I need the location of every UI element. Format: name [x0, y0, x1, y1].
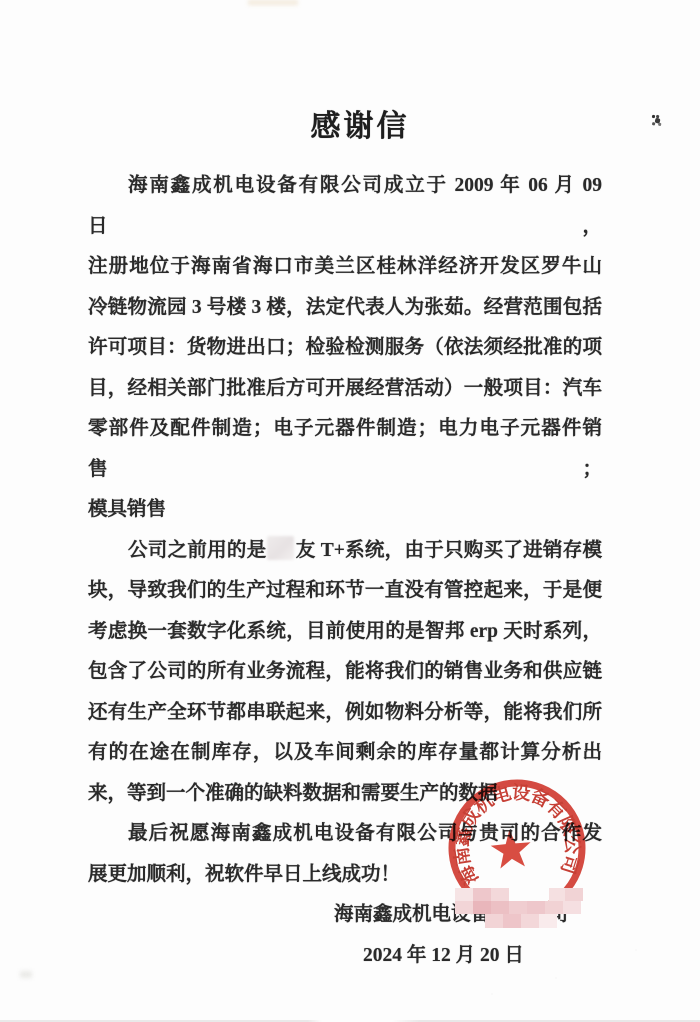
seal-star-icon — [489, 828, 532, 869]
seal-group: 海南鑫成机电设备有限公司 — [445, 776, 588, 919]
letter-line: 目，经相关部门批准后方可开展经营活动）一般项目：汽车 — [88, 369, 602, 410]
letter-line: 许可项目：货物进出口；检验检测服务（依法须经批准的项 — [88, 328, 602, 369]
letter-line: 注册地位于海南省海口市美兰区桂林洋经济开发区罗牛山 — [88, 247, 602, 288]
company-seal: 海南鑫成机电设备有限公司 — [437, 768, 597, 928]
letter-line: 冷链物流园 3 号楼 3 楼，法定代表人为张茹。经营范围包括 — [88, 288, 602, 329]
seal-arc-text: 海南鑫成机电设备有限公司 — [445, 776, 585, 889]
letter-text-before-redaction: 公司之前用的是 — [128, 540, 266, 561]
redaction-box — [267, 536, 294, 560]
letter-line: 零部件及配件制造；电子元器件制造；电力电子元器件销售； — [88, 409, 602, 490]
seal-arc-textpath: 海南鑫成机电设备有限公司 — [445, 776, 585, 889]
scan-smudge-bottom-left — [20, 971, 32, 978]
letter-line: 模具销售 — [88, 490, 602, 531]
letter-line: 块，导致我们的生产过程和环节一直没有管控起来，于是便 — [88, 571, 602, 612]
letter-line-redacted: 公司之前用的是友 T+系统，由于只购买了进销存模 — [88, 531, 602, 572]
paper-noise — [380, 930, 700, 1010]
scan-smudge-top — [248, 0, 298, 5]
letter-text-after-redaction: 友 T+系统，由于只购买了进销存模 — [295, 540, 602, 561]
letter-line: 海南鑫成机电设备有限公司成立于 2009 年 06 月 09 日， — [88, 166, 602, 247]
letter-line: 考虑换一套数字化系统，目前使用的是智邦 erp 天时系列， — [88, 612, 602, 653]
letter-line: 包含了公司的所有业务流程，能将我们的销售业务和供应链 — [88, 652, 602, 693]
letter-title: 感谢信 — [10, 101, 700, 145]
scanned-letter-page: 感谢信 海南鑫成机电设备有限公司成立于 2009 年 06 月 09 日， 注册… — [0, 0, 700, 1022]
letter-line: 还有生产全环节都串联起来，例如物料分析等，能将我们所 — [88, 693, 602, 734]
